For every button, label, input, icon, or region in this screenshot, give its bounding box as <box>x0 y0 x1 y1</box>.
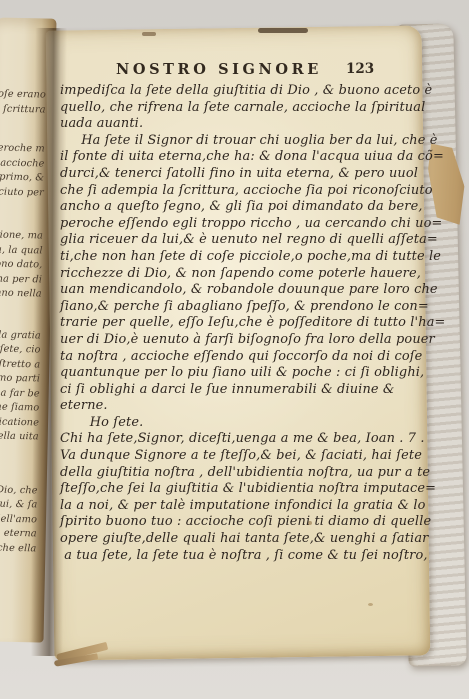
text-line: che ſi adempia la ſcrittura, accioche ſi… <box>60 183 416 200</box>
stain-spot <box>258 28 308 33</box>
text-line: ancho a queſto ſegno, & gli ſia poi dima… <box>60 199 416 216</box>
text-line: ſteſſo,che ſei la giuſtitia & l'ubidient… <box>60 481 416 498</box>
text-line: durci,& tenerci ſatolli fino in uita ete… <box>60 166 416 183</box>
text-line: uan mendicandolo, & robandole douunque p… <box>60 282 416 299</box>
text-line: glia riceuer da lui,& è uenuto nel regno… <box>60 232 416 249</box>
text-line: trarie per quelle, eſſo Ieſu,che è poſſe… <box>60 315 416 332</box>
text-line: ſiano,& perche ſi abagliano ſpeſſo, & pr… <box>60 299 416 316</box>
text-line: ricchezze di Dio, & non ſapendo come pot… <box>60 266 416 283</box>
text-line: quantunque per lo piu ſiano uili & poche… <box>60 365 416 382</box>
book-page: NOSTRO SIGNORE 123 impediſca la ſete del… <box>46 25 431 660</box>
book-page-surface: NOSTRO SIGNORE 123 impediſca la ſete del… <box>50 28 426 658</box>
text-line: ſpirito buono tuo : accioche coſi pieni … <box>60 514 416 531</box>
text-line: Va dunque Signore a te ſteſſo,& bei, & ſ… <box>60 448 416 465</box>
text-line: quello, che rifrena la ſete carnale, acc… <box>60 100 416 117</box>
text-line: ta noſtra , accioche eſſendo qui ſoccorſ… <box>60 349 416 366</box>
page-body-text: impediſca la ſete della giuſtitia di Dio… <box>60 83 416 564</box>
stain-spot <box>142 32 156 36</box>
text-line: ti,che non han ſete di coſe picciole,o p… <box>60 249 416 266</box>
section-heading-line: Ho ſete. <box>60 415 416 432</box>
text-line: opere giuſte,delle quali hai tanta ſete,… <box>60 531 416 548</box>
text-line: il fonte di uita eterna,che ha: & dona l… <box>60 149 416 166</box>
page-number: 123 <box>346 61 374 77</box>
gutter-crease-shadow <box>31 28 67 656</box>
photo-backdrop: coſe erano la ſcrittura iſſe, peroche m … <box>0 0 469 699</box>
text-line: peroche eſſendo egli troppo riccho , ua … <box>60 216 416 233</box>
text-line: della giuſtitia noſtra , dell'ubidientia… <box>60 465 416 482</box>
stain-spot <box>368 603 373 606</box>
text-line: Ha ſete il Signor di trouar chi uoglia b… <box>60 133 416 150</box>
text-line: impediſca la ſete della giuſtitia di Dio… <box>60 83 416 100</box>
text-line: eterne. <box>60 398 416 415</box>
text-line: a tua ſete, la ſete tua è noſtra , ſi co… <box>60 548 416 565</box>
text-line: Chi ha ſete,Signor, diceſti,uenga a me &… <box>60 431 416 448</box>
running-title: NOSTRO SIGNORE <box>116 61 322 78</box>
vellum-tie-bottom-left <box>52 646 108 668</box>
text-line: uada auanti. <box>60 116 416 133</box>
text-line: ci ſi oblighi a darci le ſue innumerabil… <box>60 382 416 399</box>
text-line: uer di Dio,è uenuto à farſi biſognoſo fr… <box>60 332 416 349</box>
text-line: la a noi, & per talè imputatione infondi… <box>60 498 416 515</box>
